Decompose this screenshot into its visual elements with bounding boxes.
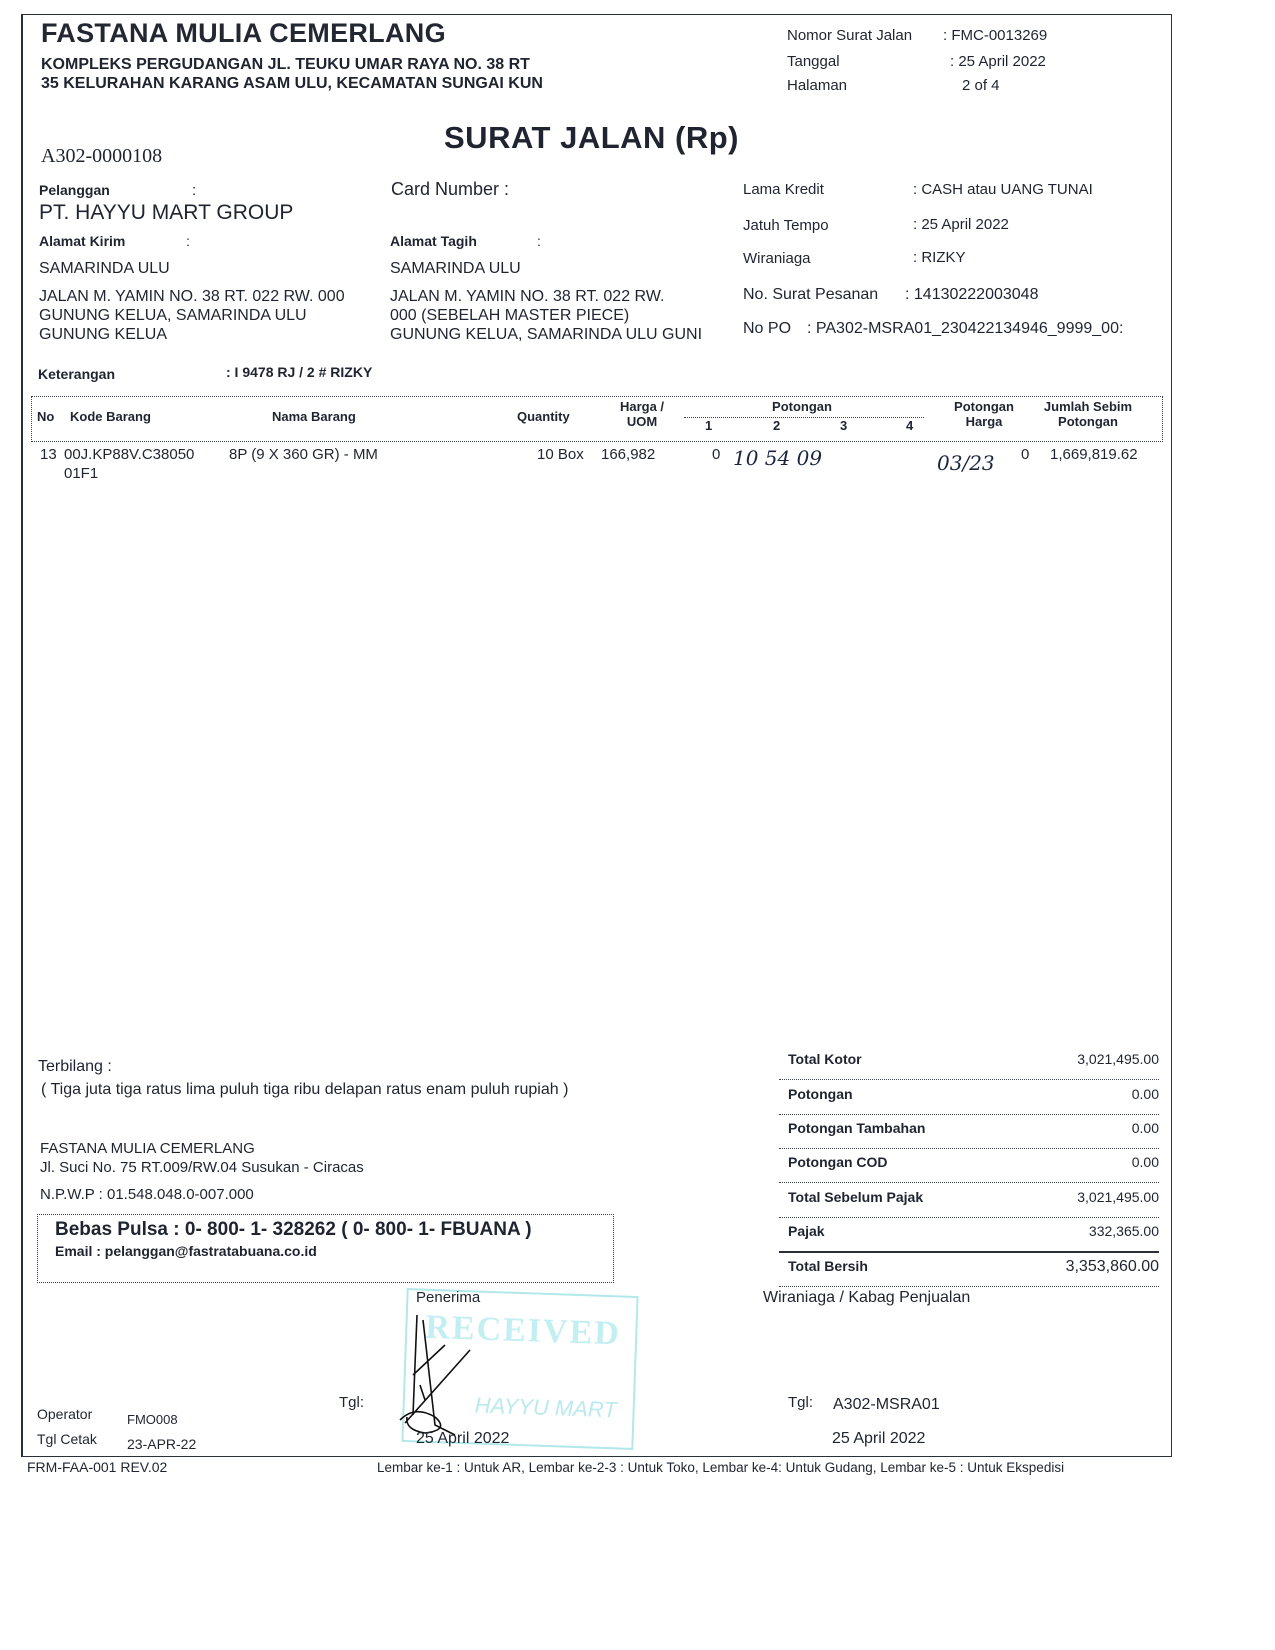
alamat-kirim-colon: : <box>186 233 190 249</box>
col-potongan: Potongan <box>682 399 922 414</box>
surat-pesanan-label: No. Surat Pesanan <box>743 286 878 304</box>
hotline-text: Bebas Pulsa : 0- 800- 1- 328262 ( 0- 800… <box>55 1219 532 1241</box>
totals-row: Potongan0.00 <box>779 1080 1159 1115</box>
col-quantity: Quantity <box>517 409 570 424</box>
nomor-surat-jalan-label: Nomor Surat Jalan <box>787 27 912 44</box>
row-nama: 8P (9 X 360 GR) - MM <box>229 446 378 463</box>
col-nama-barang: Nama Barang <box>272 409 356 424</box>
row-qty: 10 Box <box>537 446 584 463</box>
alamat-tagih-line: JALAN M. YAMIN NO. 38 RT. 022 RW. <box>390 287 725 306</box>
company-address-line2: 35 KELURAHAN KARANG ASAM ULU, KECAMATAN … <box>41 74 543 93</box>
col-potongan-harga: Potongan Harga <box>944 399 1024 429</box>
terbilang-text: ( Tiga juta tiga ratus lima puluh tiga r… <box>41 1081 568 1099</box>
copies-note: Lembar ke-1 : Untuk AR, Lembar ke-2-3 : … <box>377 1460 1064 1475</box>
potongan-divider <box>684 417 924 418</box>
card-number-label: Card Number : <box>391 179 509 200</box>
col-harga-uom-line: UOM <box>610 414 674 429</box>
wiraniaga-date: 25 April 2022 <box>832 1430 925 1448</box>
halaman-label: Halaman <box>787 77 847 94</box>
terbilang-label: Terbilang : <box>38 1058 112 1076</box>
col-jumlah-line: Jumlah Sebim <box>1032 399 1144 414</box>
jatuh-tempo-value: : 25 April 2022 <box>913 216 1009 233</box>
wiraniaga-value: : RIZKY <box>913 249 966 266</box>
totals-value: 3,353,860.00 <box>1066 1258 1159 1276</box>
totals-value: 0.00 <box>1132 1120 1159 1136</box>
office-name: FASTANA MULIA CEMERLANG <box>40 1140 255 1157</box>
handwritten-batch: 10 54 09 <box>733 446 822 470</box>
col-jumlah: Jumlah Sebim Potongan <box>1032 399 1144 429</box>
alamat-tagih-line: GUNUNG KELUA, SAMARINDA ULU GUNI <box>390 325 725 344</box>
document-title: SURAT JALAN (Rp) <box>444 120 739 156</box>
alamat-kirim-line: GUNUNG KELUA <box>39 325 345 344</box>
totals-label: Total Sebelum Pajak <box>788 1189 923 1205</box>
alamat-tagih-label: Alamat Tagih <box>390 233 477 249</box>
row-kode: 00J.KP88V.C38050 <box>64 446 194 463</box>
alamat-kirim-city: SAMARINDA ULU <box>39 260 170 278</box>
company-address-line1: KOMPLEKS PERGUDANGAN JL. TEUKU UMAR RAYA… <box>41 55 530 74</box>
row-kode-line2: 01F1 <box>64 465 98 482</box>
col-potongan-harga-line: Potongan <box>944 399 1024 414</box>
col-potongan-3: 3 <box>840 418 847 433</box>
penerima-label: Penerima <box>416 1289 480 1306</box>
form-code: FRM-FAA-001 REV.02 <box>27 1459 167 1475</box>
col-harga-uom: Harga / UOM <box>610 399 674 429</box>
totals-label: Potongan <box>788 1086 853 1102</box>
totals-label: Potongan COD <box>788 1154 888 1170</box>
row-harga: 166,982 <box>601 446 655 463</box>
totals-row: Pajak332,365.00 <box>779 1217 1159 1253</box>
branch-code: A302-0000108 <box>41 145 162 168</box>
col-kode-barang: Kode Barang <box>70 409 151 424</box>
pelanggan-value: PT. HAYYU MART GROUP <box>39 201 293 225</box>
tanggal-label: Tanggal <box>787 53 840 70</box>
alamat-kirim-line: JALAN M. YAMIN NO. 38 RT. 022 RW. 000 <box>39 287 345 306</box>
surat-pesanan-value: : 14130222003048 <box>905 286 1038 304</box>
po-label: No PO <box>743 320 791 338</box>
col-jumlah-line: Potongan <box>1032 414 1144 429</box>
company-name: FASTANA MULIA CEMERLANG <box>41 18 446 49</box>
alamat-tagih-city: SAMARINDA ULU <box>390 260 521 278</box>
alamat-tagih-colon: : <box>537 233 541 249</box>
col-potongan-1: 1 <box>705 418 712 433</box>
row-potongan-harga: 0 <box>1021 446 1029 463</box>
alamat-tagih-line: 000 (SEBELAH MASTER PIECE) <box>390 306 725 325</box>
alamat-tagih-address: JALAN M. YAMIN NO. 38 RT. 022 RW. 000 (S… <box>390 287 725 344</box>
operator-label: Operator <box>37 1406 92 1422</box>
tgl-cetak-label: Tgl Cetak <box>37 1431 97 1447</box>
totals-value: 3,021,495.00 <box>1077 1189 1159 1205</box>
keterangan-label: Keterangan <box>38 366 115 382</box>
nomor-surat-jalan-value: : FMC-0013269 <box>943 27 1047 44</box>
penerima-date: 25 April 2022 <box>416 1430 509 1448</box>
pelanggan-colon: : <box>192 182 196 199</box>
totals-row: Potongan Tambahan0.00 <box>779 1114 1159 1149</box>
row-potongan-1: 0 <box>712 446 720 463</box>
totals-value: 0.00 <box>1132 1086 1159 1102</box>
alamat-kirim-address: JALAN M. YAMIN NO. 38 RT. 022 RW. 000 GU… <box>39 287 345 344</box>
wiraniaga-label: Wiraniaga <box>743 250 811 267</box>
office-address: Jl. Suci No. 75 RT.009/RW.04 Susukan - C… <box>40 1159 364 1176</box>
handwritten-date: 03/23 <box>937 451 995 475</box>
totals-label: Total Kotor <box>788 1051 862 1067</box>
wiraniaga-tgl-label: Tgl: <box>788 1394 813 1411</box>
po-value: : PA302-MSRA01_230422134946_9999_00: <box>807 320 1163 338</box>
totals-row: Potongan COD0.00 <box>779 1148 1159 1183</box>
signature-icon <box>395 1305 485 1445</box>
col-no: No <box>37 409 54 424</box>
wiraniaga-code: A302-MSRA01 <box>833 1396 940 1414</box>
office-npwp: N.P.W.P : 01.548.048.0-007.000 <box>40 1186 254 1203</box>
totals-label: Total Bersih <box>788 1258 868 1274</box>
tanggal-value: : 25 April 2022 <box>950 53 1046 70</box>
halaman-value: 2 of 4 <box>962 77 1000 94</box>
col-harga-uom-line: Harga / <box>610 399 674 414</box>
col-potongan-2: 2 <box>773 418 780 433</box>
totals-row: Total Sebelum Pajak3,021,495.00 <box>779 1183 1159 1218</box>
row-jumlah: 1,669,819.62 <box>1050 446 1138 463</box>
stamp-text-store: HAYYU MART <box>474 1392 617 1423</box>
penerima-tgl-label: Tgl: <box>339 1394 364 1411</box>
wiraniaga-kabag-label: Wiraniaga / Kabag Penjualan <box>763 1289 970 1307</box>
pelanggan-label: Pelanggan <box>39 182 110 198</box>
col-potongan-harga-line: Harga <box>944 414 1024 429</box>
totals-row: Total Bersih3,353,860.00 <box>779 1252 1159 1287</box>
row-no: 13 <box>40 446 57 463</box>
totals-value: 0.00 <box>1132 1154 1159 1170</box>
col-potongan-4: 4 <box>906 418 913 433</box>
totals-row: Total Kotor3,021,495.00 <box>779 1045 1159 1080</box>
keterangan-value: : I 9478 RJ / 2 # RIZKY <box>226 364 372 380</box>
totals-label: Pajak <box>788 1223 825 1239</box>
totals-value: 3,021,495.00 <box>1077 1051 1159 1067</box>
totals-value: 332,365.00 <box>1089 1223 1159 1239</box>
totals-label: Potongan Tambahan <box>788 1120 925 1136</box>
email-text: Email : pelanggan@fastratabuana.co.id <box>55 1243 317 1259</box>
operator-value: FMO008 <box>127 1412 178 1427</box>
lama-kredit-value: : CASH atau UANG TUNAI <box>913 181 1093 198</box>
alamat-kirim-line: GUNUNG KELUA, SAMARINDA ULU <box>39 306 345 325</box>
alamat-kirim-label: Alamat Kirim <box>39 233 125 249</box>
lama-kredit-label: Lama Kredit <box>743 181 824 198</box>
jatuh-tempo-label: Jatuh Tempo <box>743 217 829 234</box>
tgl-cetak-value: 23-APR-22 <box>127 1436 196 1452</box>
